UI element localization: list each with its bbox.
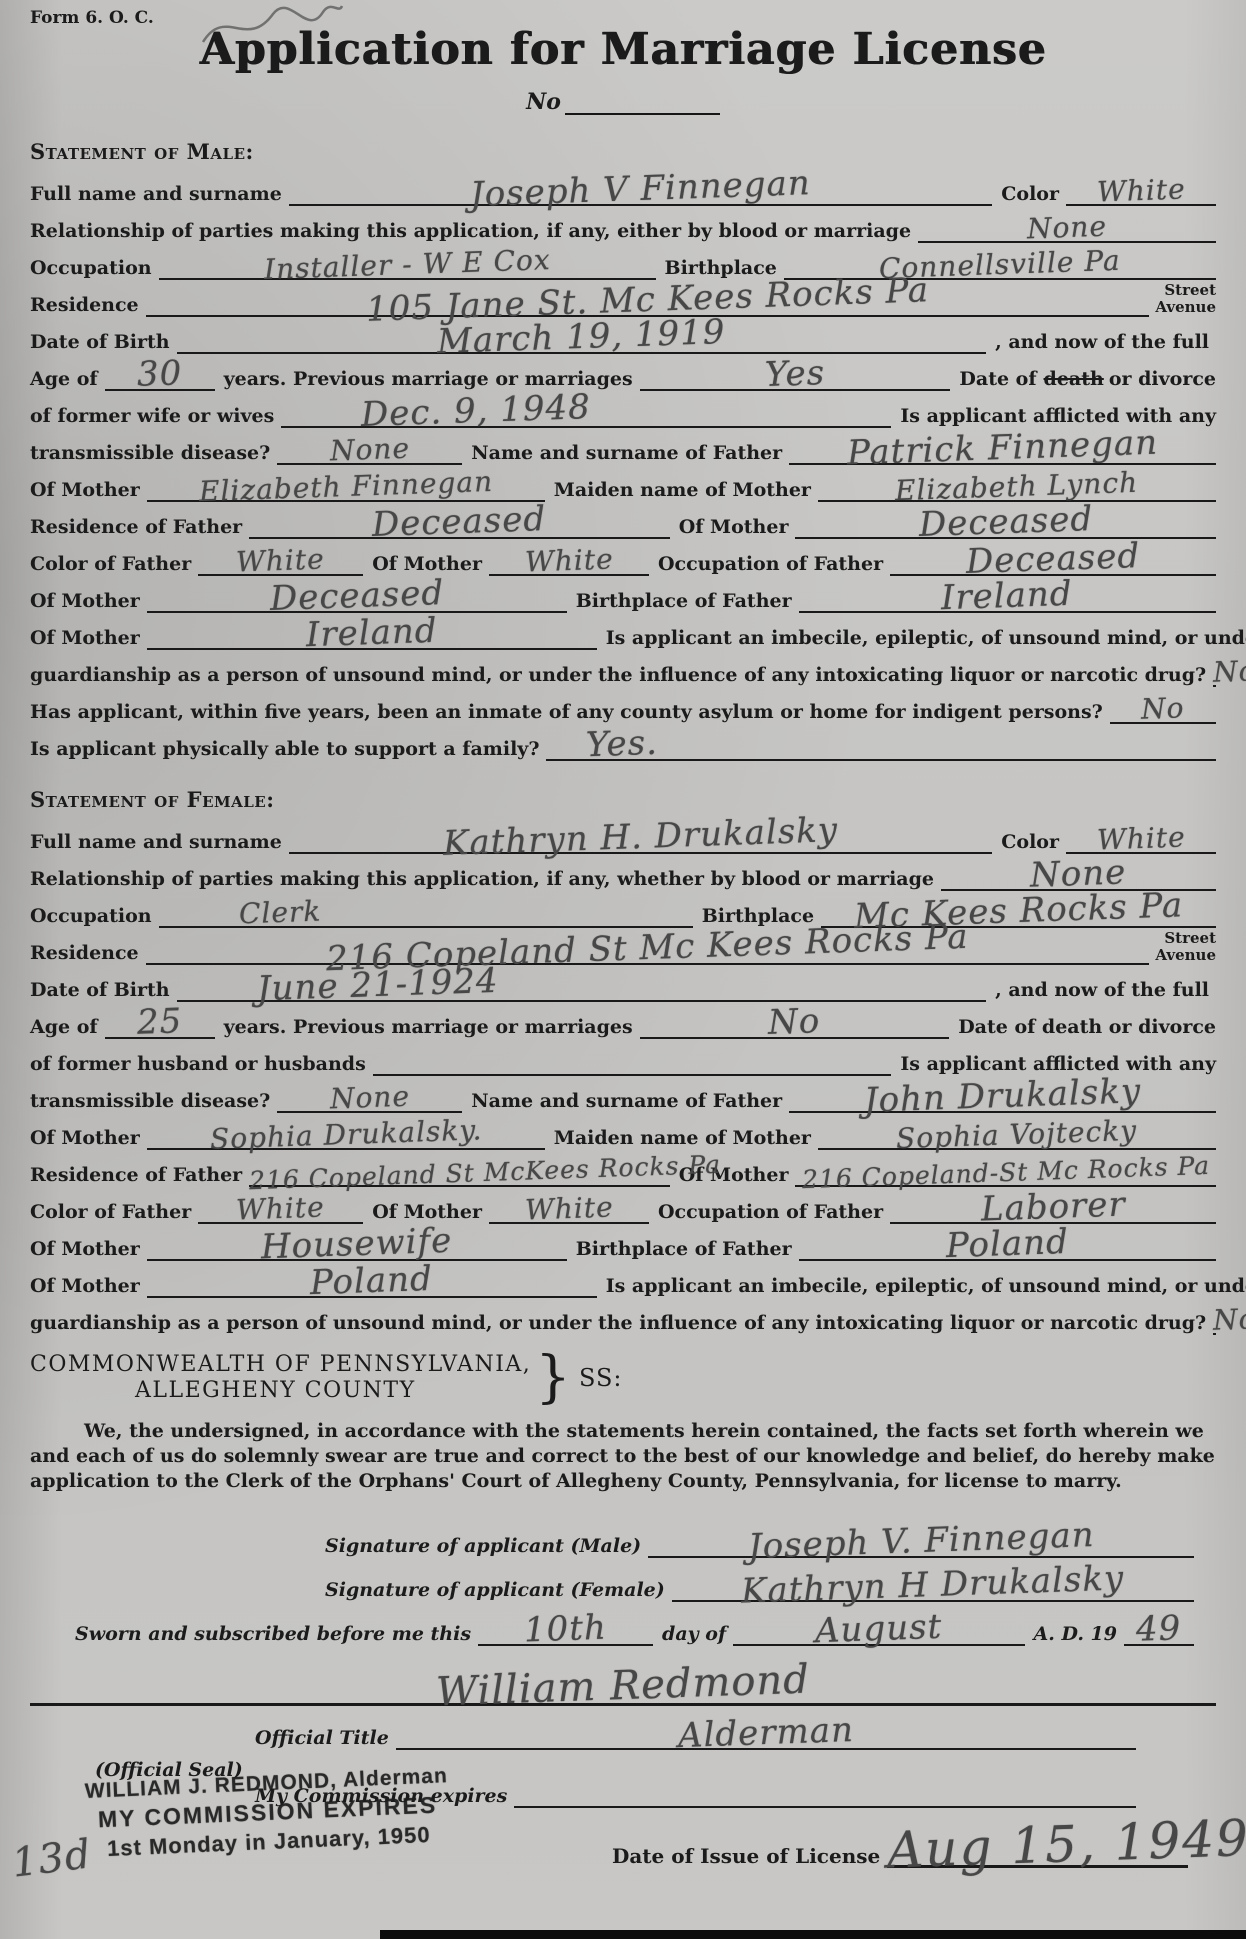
male-full-name-value: Joseph V Finnegan [470,172,811,208]
male-imbecile-label: Is applicant an imbecile, epileptic, of … [597,628,1246,650]
male-former-wife-row: of former wife or wives Dec. 9, 1948 Is … [30,391,1216,428]
male-age-line: 30 [105,363,215,391]
sworn-year-line: 49 [1124,1618,1194,1646]
street-label: Street [1155,282,1216,299]
male-support-value: Yes. [586,732,659,758]
male-color-line: White [1066,181,1216,206]
female-maiden-name-line: Sophia Vojtecky [818,1125,1216,1150]
male-father-name-line: Patrick Finnegan [789,437,1216,465]
female-full-name-value: Kathryn H. Drukalsky [443,819,839,857]
male-father-color-label: Color of Father [30,554,198,576]
street-avenue-label: Street Avenue [1149,282,1216,316]
male-mother-name-label: Of Mother [30,480,147,502]
female-mother-name-value: Sophia Drukalsky. [209,1120,482,1149]
male-support-line: Yes. [546,733,1216,761]
female-father-name-line: John Drukalsky [789,1085,1216,1113]
officiant-signature-line: William Redmond [30,1672,1216,1706]
female-color-value: White [1096,827,1185,850]
male-former-wife-label: of former wife or wives [30,406,281,428]
male-signature-value: Joseph V. Finnegan [747,1524,1094,1560]
male-divorce-date-value: Dec. 9, 1948 [361,396,592,428]
female-relationship-row: Relationship of parties making this appl… [30,854,1216,891]
male-mother-birthplace-line: Ireland [147,622,597,650]
male-maiden-name-line: Elizabeth Lynch [818,477,1216,502]
male-guardianship-label: guardianship as a person of unsound mind… [30,665,1213,687]
male-father-occupation-line: Deceased [890,548,1216,576]
male-full-name-line: Joseph V Finnegan [289,178,992,206]
commonwealth-block: COMMONWEALTH OF PENNSYLVANIA, ALLEGHENY … [30,1349,1216,1407]
male-age-label: Age of [30,369,105,391]
date-of-issue-line: Aug 15, 1949. [887,1827,1188,1868]
female-father-residence-label: Residence of Father [30,1165,249,1187]
female-father-residence-value: 216 Copeland St McKees Rocks Pa [249,1156,721,1190]
male-asylum-line: No [1110,699,1216,724]
notary-commission-stamp: WILLIAM J. REDMOND, Alderman MY COMMISSI… [84,1764,451,1863]
license-number-line [565,113,720,115]
male-asylum-label: Has applicant, within five years, been a… [30,702,1110,724]
male-father-residence-value: Deceased [372,508,547,538]
male-relationship-label: Relationship of parties making this appl… [30,221,918,243]
female-age-line: 25 [105,1011,215,1039]
official-title-row: Official Title Alderman [255,1706,1216,1750]
male-residence-line: 105 Jane St. Mc Kees Rocks Pa [146,289,1150,317]
female-relationship-value: None [1030,861,1127,888]
female-father-occupation-label: Occupation of Father [649,1202,890,1224]
date-of-issue-value: Aug 15, 1949. [887,1820,1246,1868]
female-mother-color-value: White [524,1197,613,1220]
female-mother-occupation-value: Housewife [261,1230,453,1260]
sworn-month-line: August [733,1618,1024,1646]
female-narcotic-value: No [1213,1309,1246,1330]
female-father-occupation-value: Laborer [980,1193,1125,1222]
female-signature-label: Signature of applicant (Female) [325,1580,672,1602]
male-mother-occupation-label: Of Mother [30,591,147,613]
ad-label: A. D. 19 [1025,1624,1124,1646]
sworn-year-value: 49 [1136,1617,1182,1642]
female-mother-birthplace-label: Of Mother [30,1276,147,1298]
officiant-signature-value: William Redmond [436,1666,811,1707]
male-mother-color-value: White [524,549,613,572]
female-father-birthplace-label: Birthplace of Father [567,1239,799,1261]
street-avenue-label: Street Avenue [1149,930,1216,964]
female-previous-marriage-label: years. Previous marriage or marriages [215,1017,640,1039]
male-dob-label: Date of Birth [30,332,177,354]
female-guardianship-label: guardianship as a person of unsound mind… [30,1313,1213,1335]
female-mother-occupation-line: Housewife [147,1233,567,1261]
female-mother-occupation-row: Of Mother Housewife Birthplace of Father… [30,1224,1216,1261]
female-relationship-label: Relationship of parties making this appl… [30,869,941,891]
male-relationship-row: Relationship of parties making this appl… [30,206,1216,243]
female-mother-birthplace-line: Poland [147,1270,597,1298]
male-occupation-line: Installer - W E Cox [159,255,656,280]
male-relationship-line: None [918,218,1216,243]
commonwealth-text: COMMONWEALTH OF PENNSYLVANIA, ALLEGHENY … [30,1352,531,1405]
license-number-row: No [30,87,1216,115]
female-occupation-row: Occupation Clerk Birthplace Mc Kees Rock… [30,891,1216,928]
male-mother-name-value: Elizabeth Finnegan [198,472,493,502]
sworn-month-value: August [815,1616,943,1644]
date-of-issue-label: Date of Issue of License [612,1845,887,1868]
female-age-row: Age of 25 years. Previous marriage or ma… [30,1002,1216,1039]
female-age-label: Age of [30,1017,105,1039]
female-occupation-value: Clerk [238,902,321,924]
female-section-title: Statement of Female: [30,761,1216,817]
male-support-label: Is applicant physically able to support … [30,739,546,761]
male-mother-birthplace-row: Of Mother Ireland Is applicant an imbeci… [30,613,1216,650]
female-dob-line: June 21-1924 [177,974,987,1002]
female-father-color-label: Color of Father [30,1202,198,1224]
female-disease-line: None [277,1088,462,1113]
male-asylum-value: No [1141,698,1185,719]
female-dob-value: June 21-1924 [256,970,498,1002]
commonwealth-line1: COMMONWEALTH OF PENNSYLVANIA, [30,1352,531,1378]
ss-brace: } [531,1353,579,1403]
male-previous-marriage-line: Yes [640,363,951,391]
male-mother-occupation-value: Deceased [269,582,444,612]
male-mother-birthplace-label: Of Mother [30,628,147,650]
female-color-label: Color [992,832,1066,854]
female-father-name-value: John Drukalsky [864,1080,1142,1113]
avenue-label: Avenue [1155,947,1216,964]
male-mother-color-line: White [489,551,649,576]
female-disease-value: None [329,1087,410,1109]
official-title-label: Official Title [255,1728,396,1750]
official-title-line: Alderman [396,1722,1136,1750]
male-age-row: Age of 30 years. Previous marriage or ma… [30,354,1216,391]
day-of-label: day of [653,1624,733,1646]
male-signature-row: Signature of applicant (Male) Joseph V. … [325,1512,1216,1558]
male-maiden-name-label: Maiden name of Mother [545,480,818,502]
male-mother-occupation-line: Deceased [147,585,567,613]
female-full-name-label: Full name and surname [30,832,289,854]
male-support-row: Is applicant physically able to support … [30,724,1216,761]
pencil-scribble-icon [195,0,345,55]
female-disease-label: transmissible disease? [30,1091,277,1113]
ss-label: SS: [579,1364,623,1392]
male-or-divorce-label: or divorce [1109,369,1216,391]
male-disease-line: None [277,440,462,465]
female-color-line: White [1066,829,1216,854]
male-disease-label: transmissible disease? [30,443,277,465]
female-mother-occupation-label: Of Mother [30,1239,147,1261]
male-maiden-name-value: Elizabeth Lynch [895,473,1139,501]
male-father-occupation-value: Deceased [966,545,1141,575]
male-father-birthplace-line: Ireland [799,585,1216,613]
male-disease-row: transmissible disease? None Name and sur… [30,428,1216,465]
female-mother-name-label: Of Mother [30,1128,147,1150]
female-previous-marriage-value: No [768,1010,821,1036]
male-full-name-label: Full name and surname [30,184,289,206]
commonwealth-line2: ALLEGHENY COUNTY [30,1378,531,1404]
male-mother-name-row: Of Mother Elizabeth Finnegan Maiden name… [30,465,1216,502]
female-father-birthplace-line: Poland [799,1233,1216,1261]
female-residence-row: Residence 216 Copeland St Mc Kees Rocks … [30,928,1216,965]
sworn-row: Sworn and subscribed before me this 10th… [75,1602,1216,1646]
female-age-value: 25 [137,1010,183,1035]
male-asylum-row: Has applicant, within five years, been a… [30,687,1216,724]
male-father-residence-line: Deceased [249,511,670,539]
male-father-birthplace-label: Birthplace of Father [567,591,799,613]
male-dob-value: March 19, 1919 [437,321,726,355]
male-residence-label: Residence [30,295,146,317]
male-relationship-value: None [1027,217,1108,239]
female-father-residence-line: 216 Copeland St McKees Rocks Pa [249,1164,670,1187]
sworn-label: Sworn and subscribed before me this [75,1624,478,1646]
female-father-name-label: Name and surname of Father [462,1091,789,1113]
male-father-name-label: Name and surname of Father [462,443,789,465]
female-mother-residence-value: 216 Copeland-St Mc Rocks Pa [801,1157,1210,1189]
male-color-value: White [1096,179,1185,202]
male-occupation-row: Occupation Installer - W E Cox Birthplac… [30,243,1216,280]
female-father-color-line: White [198,1199,363,1224]
male-afflicted-label: Is applicant afflicted with any [891,406,1216,428]
male-mother-residence-value: Deceased [918,508,1093,538]
female-parents-color-row: Color of Father White Of Mother White Oc… [30,1187,1216,1224]
male-signature-line: Joseph V. Finnegan [648,1530,1194,1558]
female-parents-residence-row: Residence of Father 216 Copeland St McKe… [30,1150,1216,1187]
female-maiden-name-value: Sophia Vojtecky [896,1121,1138,1149]
male-dob-line: March 19, 1919 [177,326,987,354]
avenue-label: Avenue [1155,299,1216,316]
male-mother-residence-line: Deceased [795,511,1216,539]
male-mother-residence-label: Of Mother [670,517,796,539]
male-guardianship-row: guardianship as a person of unsound mind… [30,650,1216,687]
male-occupation-label: Occupation [30,258,159,280]
female-signature-value: Kathryn H Drukalsky [741,1568,1125,1605]
female-residence-line: 216 Copeland St Mc Kees Rocks Pa [146,937,1150,965]
sworn-day-line: 10th [478,1618,653,1646]
female-father-color-value: White [236,1197,325,1220]
male-parents-color-row: Color of Father White Of Mother White Oc… [30,539,1216,576]
male-age-value: 30 [137,362,183,387]
female-residence-label: Residence [30,943,146,965]
female-mother-color-line: White [489,1199,649,1224]
male-divorce-date-line: Dec. 9, 1948 [281,400,891,428]
male-signature-label: Signature of applicant (Male) [325,1536,648,1558]
male-mother-name-line: Elizabeth Finnegan [147,477,545,502]
date-of-issue-row: Date of Issue of License Aug 15, 1949. [612,1806,1188,1868]
male-father-residence-label: Residence of Father [30,517,249,539]
oath-paragraph: We, the undersigned, in accordance with … [30,1419,1216,1494]
female-mother-name-line: Sophia Drukalsky. [147,1125,545,1150]
female-previous-marriage-line: No [640,1011,950,1039]
female-occupation-line: Clerk [159,903,693,928]
female-father-birthplace-value: Poland [946,1231,1070,1259]
male-father-color-line: White [198,551,363,576]
female-dob-row: Date of Birth June 21-1924 , and now of … [30,965,1216,1002]
form-number: Form 6. O. C. [30,8,154,28]
male-father-name-value: Patrick Finnegan [847,432,1159,467]
female-afflicted-label: Is applicant afflicted with any [891,1054,1216,1076]
female-father-occupation-line: Laborer [890,1196,1216,1224]
female-disease-row: transmissible disease? None Name and sur… [30,1076,1216,1113]
female-narcotic-line: No [1213,1310,1216,1335]
female-mother-birthplace-row: Of Mother Poland Is applicant an imbecil… [30,1261,1216,1298]
marriage-license-application-document: Form 6. O. C. Application for Marriage L… [0,0,1246,1939]
female-imbecile-label: Is applicant an imbecile, epileptic, of … [597,1276,1246,1298]
margin-pencil-note: 13d [11,1840,93,1877]
male-mother-birthplace-value: Ireland [306,620,438,648]
female-maiden-name-label: Maiden name of Mother [545,1128,818,1150]
female-name-row: Full name and surname Kathryn H. Drukals… [30,817,1216,854]
male-dob-row: Date of Birth March 19, 1919 , and now o… [30,317,1216,354]
male-residence-row: Residence 105 Jane St. Mc Kees Rocks Pa … [30,280,1216,317]
male-disease-value: None [329,439,410,461]
male-father-occupation-label: Occupation of Father [649,554,890,576]
male-occupation-value: Installer - W E Cox [263,250,550,280]
officiant-signature-row: William Redmond [30,1656,1216,1706]
male-color-label: Color [992,184,1066,206]
male-full-age-label: , and now of the full [986,332,1216,354]
female-full-name-line: Kathryn H. Drukalsky [289,826,992,854]
male-narcotic-line: No [1213,662,1216,687]
male-father-color-value: White [236,549,325,572]
street-label: Street [1155,930,1216,947]
male-previous-marriage-value: Yes [765,362,826,388]
scan-edge-artifact [380,1930,1246,1939]
male-date-of-label: Date of [950,369,1043,391]
female-mother-birthplace-value: Poland [310,1268,434,1296]
official-title-value: Alderman [678,1719,855,1749]
female-former-husband-row: of former husband or husbands Is applica… [30,1039,1216,1076]
female-dob-label: Date of Birth [30,980,177,1002]
female-date-death-label: Date of death or divorce [949,1017,1216,1039]
female-divorce-date-line [373,1074,892,1076]
female-guardianship-row: guardianship as a person of unsound mind… [30,1298,1216,1335]
license-number-label: No [526,89,561,115]
female-occupation-label: Occupation [30,906,159,928]
male-mother-occupation-row: Of Mother Deceased Birthplace of Father … [30,576,1216,613]
male-section-title: Statement of Male: [30,115,1216,169]
female-mother-name-row: Of Mother Sophia Drukalsky. Maiden name … [30,1113,1216,1150]
male-father-birthplace-value: Ireland [941,583,1073,611]
female-former-husband-label: of former husband or husbands [30,1054,373,1076]
female-full-age-label: , and now of the full [986,980,1216,1002]
female-mother-residence-line: 216 Copeland-St Mc Rocks Pa [795,1164,1216,1187]
male-name-row: Full name and surname Joseph V Finnegan … [30,169,1216,206]
sworn-day-value: 10th [524,1617,608,1644]
male-narcotic-value: No [1213,661,1246,682]
female-signature-line: Kathryn H Drukalsky [672,1574,1194,1602]
male-death-word-struck: death [1044,369,1109,391]
